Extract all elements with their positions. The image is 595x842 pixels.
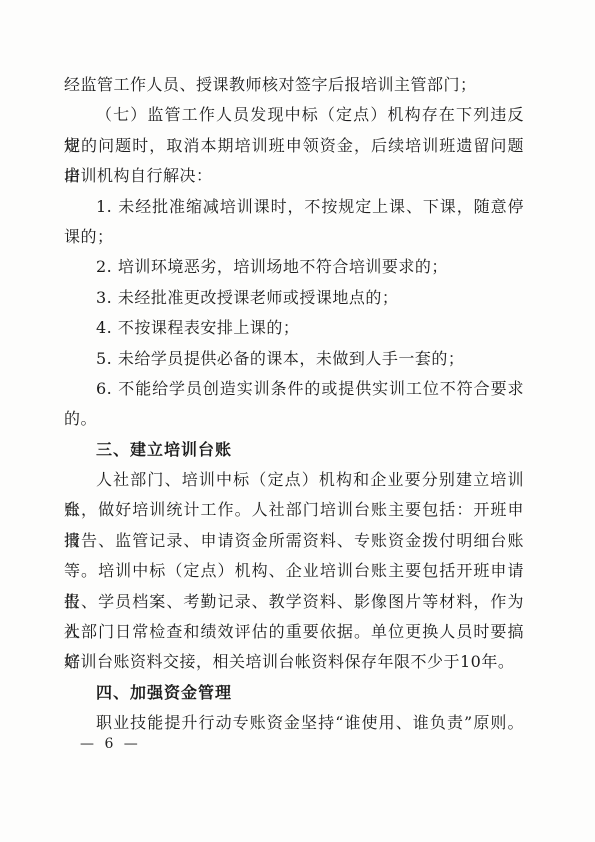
text-line: 2. 培训环境恶劣，培训场地不符合培训要求的； [64,252,524,282]
text-line: 报告、监管记录、申请资金所需资料、专账资金拨付明细台账 [64,526,524,556]
document-body: 经监管工作人员、授课教师核对签字后报培训主管部门；（七）监管工作人员发现中标（定… [64,70,524,739]
text-line: 3. 未经批准更改授课老师或授课地点的； [64,283,524,313]
text-line: 职业技能提升行动专账资金坚持“谁使用、谁负责”原则。 [64,708,524,738]
text-line: 培训机构自行解决： [64,161,524,191]
text-line: 经监管工作人员、授课教师核对签字后报培训主管部门； [64,70,524,100]
document-page: 经监管工作人员、授课教师核对签字后报培训主管部门；（七）监管工作人员发现中标（定… [0,0,595,842]
text-line: 6. 不能给学员创造实训条件的或提供实训工位不符合要求 [64,374,524,404]
text-line: 定的问题时，取消本期培训班申领资金，后续培训班遗留问题由 [64,131,524,161]
text-line: 培训台账资料交接，相关培训台帐资料保存年限不少于10年。 [64,647,524,677]
text-line: 账，做好培训统计工作。人社部门培训台账主要包括：开班申请 [64,495,524,525]
text-line: 人社部门、培训中标（定点）机构和企业要分别建立培训台 [64,465,524,495]
text-line: 社部门日常检查和绩效评估的重要依据。单位更换人员时要搞好 [64,617,524,647]
text-line: （七）监管工作人员发现中标（定点）机构存在下列违反规 [64,100,524,130]
page-number: — 6 — [80,736,141,752]
text-line: 等。培训中标（定点）机构、企业培训台账主要包括开班申请报 [64,556,524,586]
section-heading: 四、加强资金管理 [64,678,524,708]
text-line: 5. 未给学员提供必备的课本，未做到人手一套的； [64,344,524,374]
text-line: 1. 未经批准缩减培训课时，不按规定上课、下课，随意停 [64,192,524,222]
text-line: 课的； [64,222,524,252]
text-line: 4. 不按课程表安排上课的； [64,313,524,343]
text-line: 告、学员档案、考勤记录、教学资料、影像图片等材料，作为人 [64,587,524,617]
section-heading: 三、建立培训台账 [64,435,524,465]
text-line: 的。 [64,404,524,434]
